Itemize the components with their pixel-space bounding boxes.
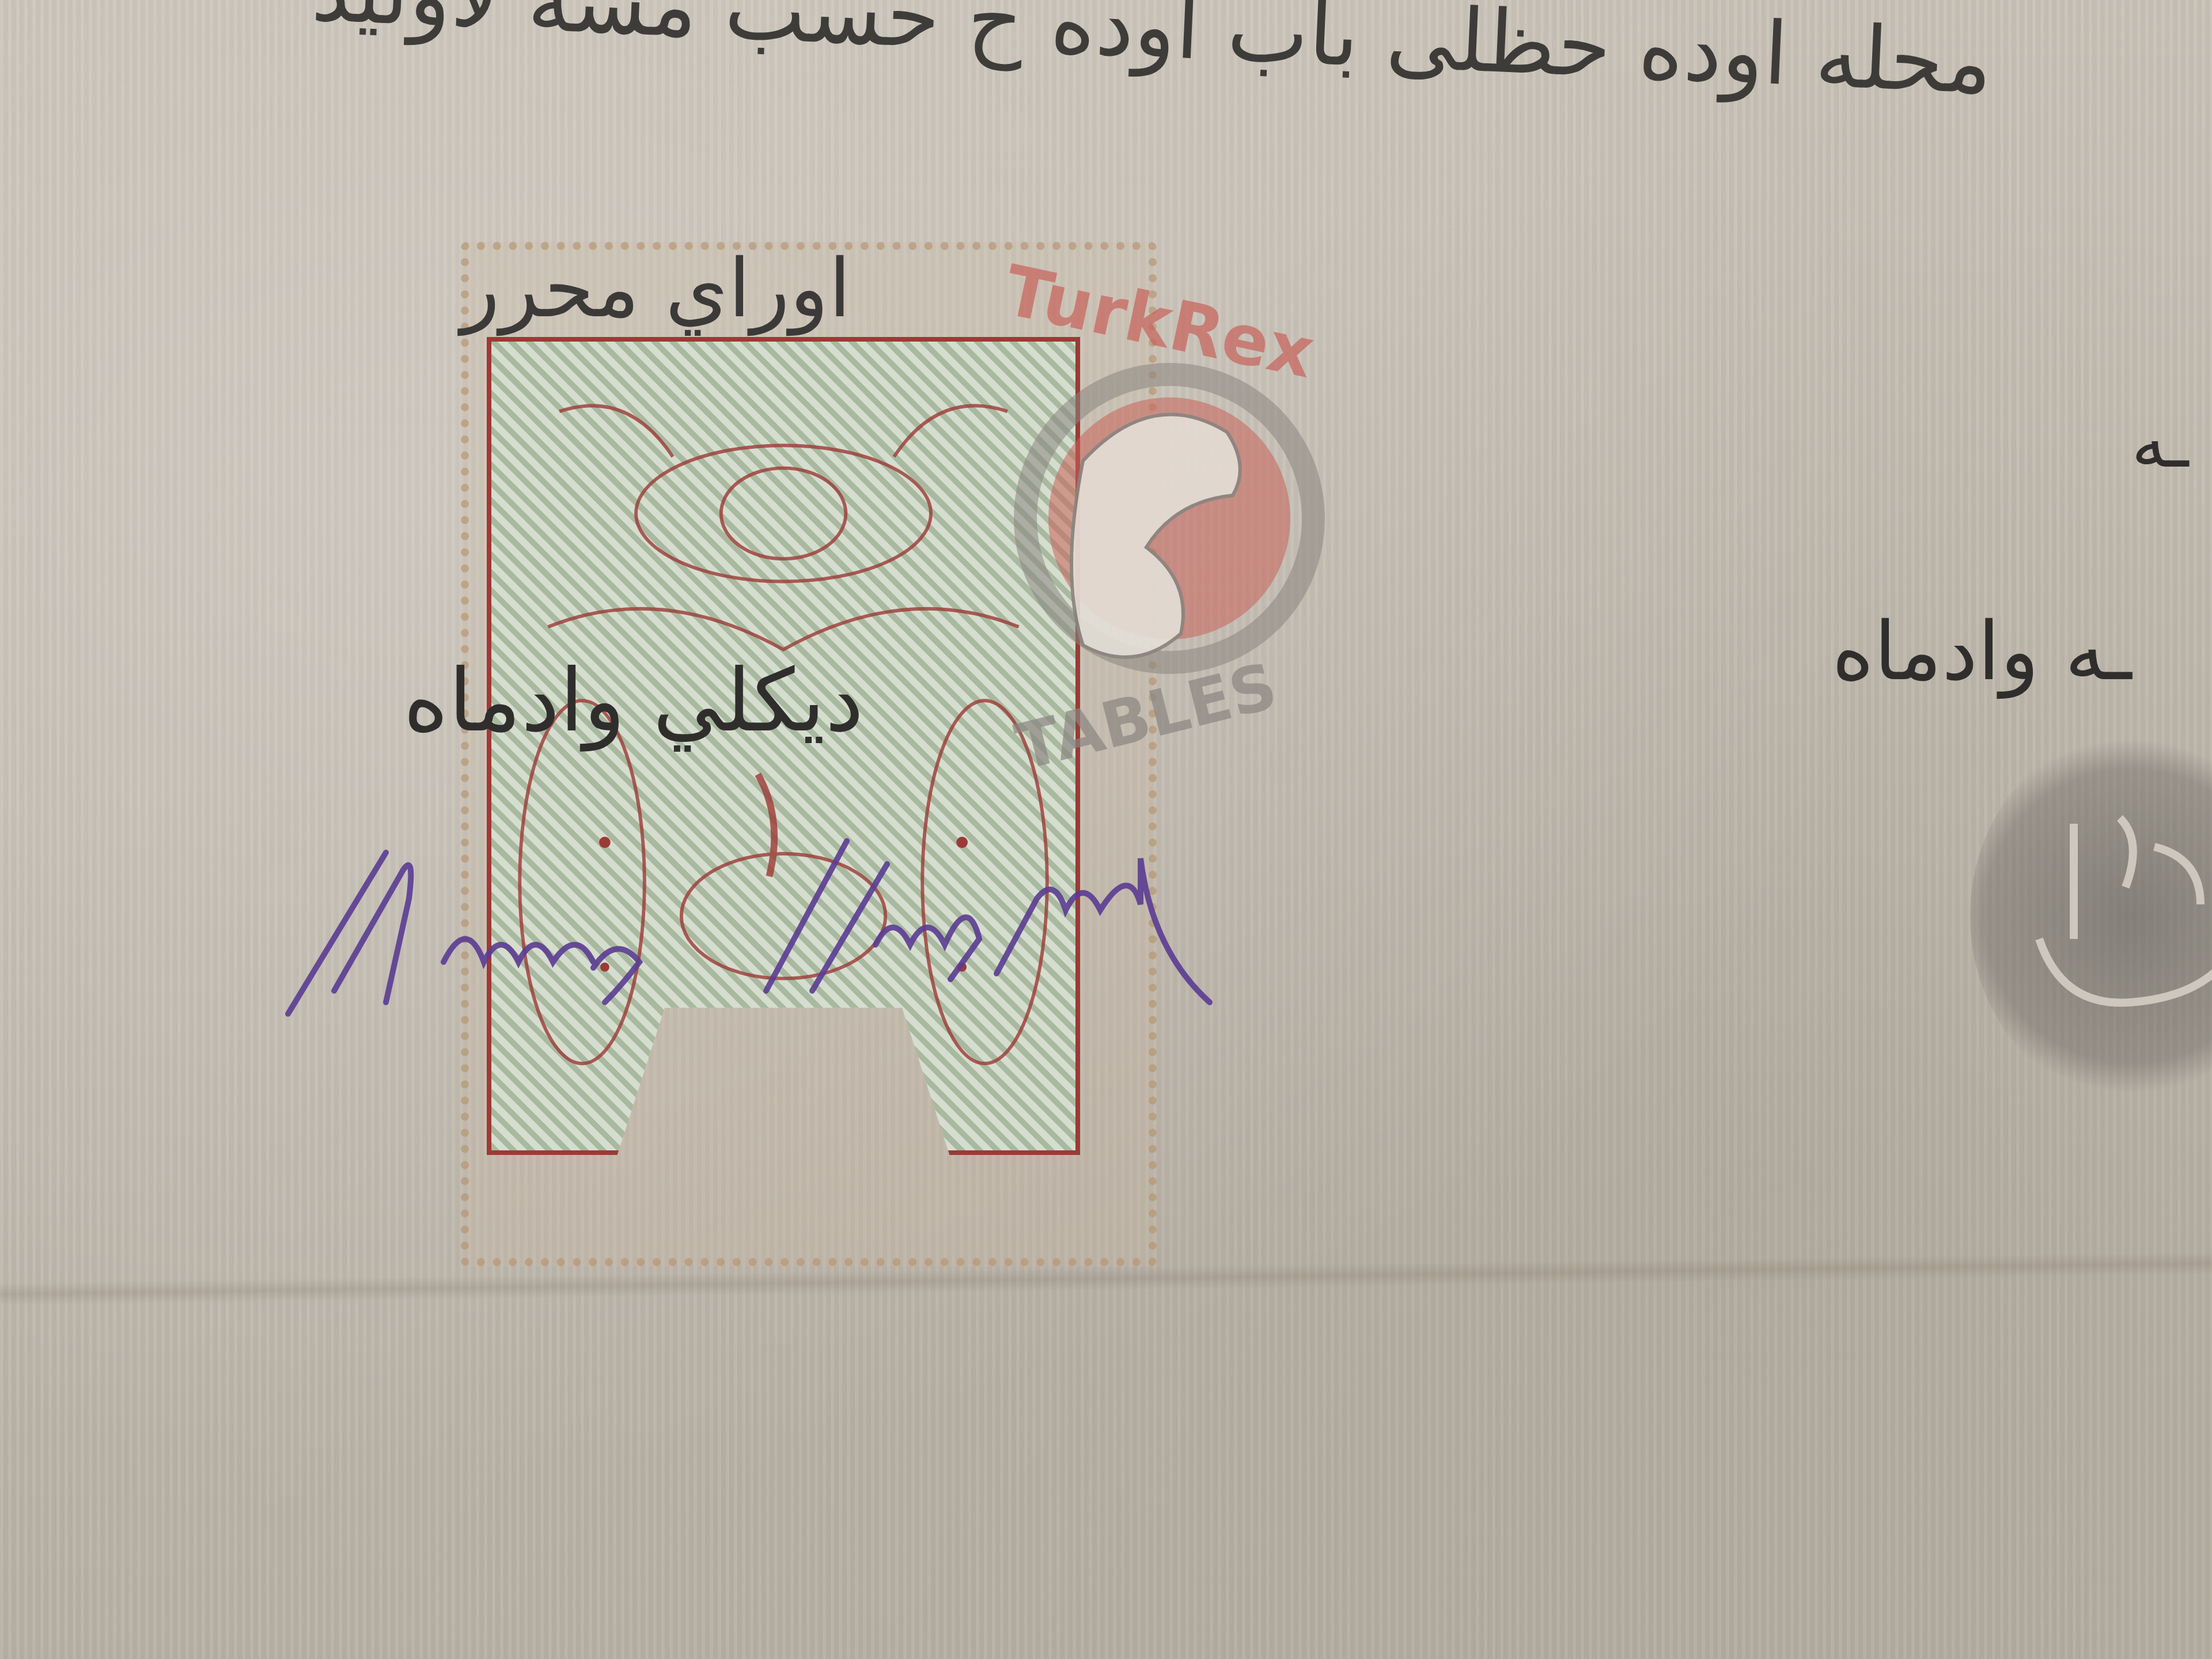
seal-calligraphy-icon	[1970, 732, 2212, 1100]
handwritten-over-stamp: ديكلي وادماه	[403, 651, 863, 751]
watermark-logo: TurkRex TABLES	[979, 276, 1336, 772]
purple-ink-signature	[271, 829, 1555, 1025]
handwritten-right-line: ـه وادماه	[1832, 605, 2131, 699]
handwritten-over-stamp-top: اوراي محرر	[461, 242, 851, 336]
round-ink-seal	[1970, 732, 2212, 1100]
handwritten-right-fragment: ـه	[2131, 403, 2189, 483]
